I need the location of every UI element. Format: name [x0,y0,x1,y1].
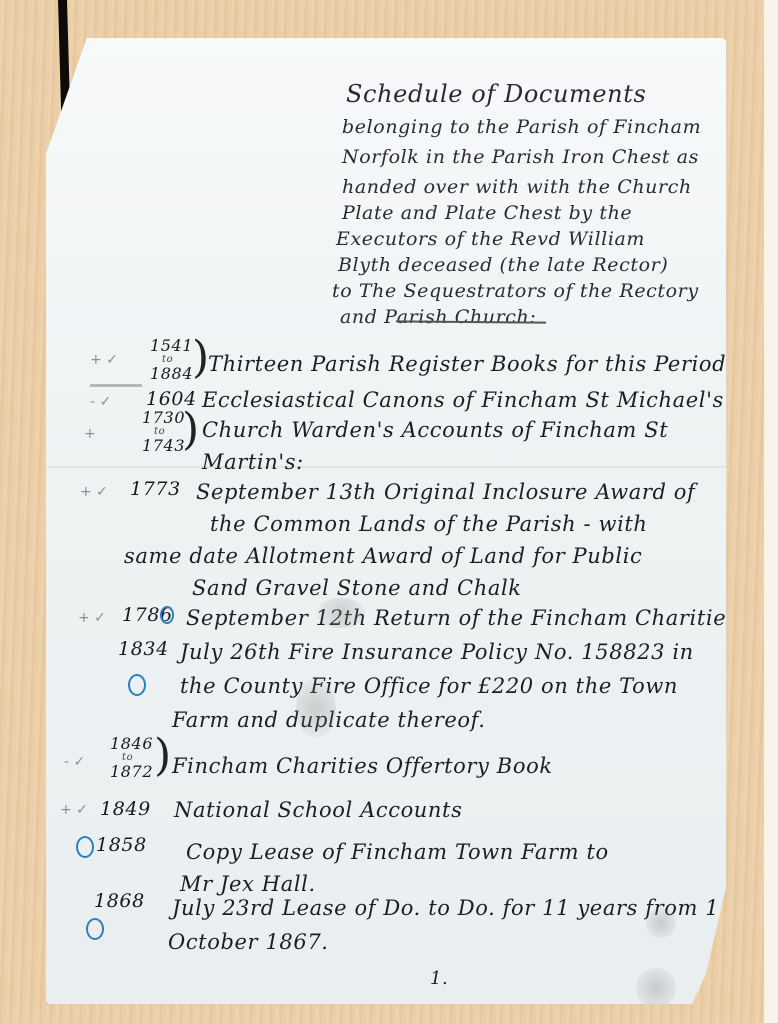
entry-text: Church Warden's Accounts of Fincham St [202,418,668,442]
title-line: Schedule of Documents [346,80,646,108]
entry-year-from: 1730 [142,408,185,427]
margin-check-mark: + ✓ [60,802,88,818]
title-line: Plate and Plate Chest by the [342,202,632,224]
pencil-smudge [296,678,336,738]
pencil-stroke [90,384,142,387]
entry-text: Martin's: [202,450,304,474]
entry-year: 1773 [130,478,181,500]
entry-year-to: 1872 [110,762,153,781]
brace: ) [154,734,172,778]
entry-text: July 26th Fire Insurance Policy No. 1588… [180,640,694,664]
entry-text: Fincham Charities Offertory Book [172,754,553,778]
entry-text: Thirteen Parish Register Books for this … [208,352,726,376]
brace: ) [182,408,200,452]
entry-text: Sand Gravel Stone and Chalk [192,576,522,600]
blue-pencil-circle [76,836,94,858]
title-line: Blyth deceased (the late Rector) [338,254,668,276]
entry-text: the Common Lands of the Parish - with [210,512,648,536]
entry-text: September 13th Original Inclosure Award … [196,480,695,504]
title-line: handed over with with the Church [342,176,692,198]
entry-year-to: 1884 [150,364,193,383]
blue-pencil-circle [160,606,174,624]
pencil-smudge [646,908,676,938]
entry-text: the County Fire Office for £220 on the T… [180,674,678,698]
margin-check-mark: + ✓ [90,352,118,368]
title-line: to The Sequestrators of the Rectory [332,280,699,302]
pencil-smudge [636,968,676,1008]
margin-check-mark: + ✓ [80,484,108,500]
entry-year-from: 1846 [110,734,153,753]
title-line: Norfolk in the Parish Iron Chest as [342,146,699,168]
entry-text: Ecclesiastical Canons of Fincham St Mich… [202,388,724,412]
margin-check-mark: - ✓ [90,394,111,410]
title-line: belonging to the Parish of Fincham [342,116,701,138]
entry-year-from: 1541 [150,336,193,355]
entry-year-to: 1743 [142,436,185,455]
margin-check-mark: + ✓ [78,610,106,626]
title-line: Executors of the Revd William [336,228,645,250]
title-line: and Parish Church: [340,306,536,328]
entry-text: same date Allotment Award of Land for Pu… [124,544,642,568]
entry-text: September 12th Return of the Fincham Cha… [186,606,738,630]
page-number: 1. [430,968,448,989]
entry-text: October 1867. [168,930,329,954]
entry-year: 1849 [100,798,151,820]
entry-year: 1858 [96,834,147,856]
entry-year: 1868 [94,890,145,912]
margin-check-mark: + [84,426,96,442]
entry-text: National School Accounts [174,798,462,822]
margin-check-mark: - ✓ [64,754,85,770]
entry-text: Mr Jex Hall. [180,872,316,896]
desk-edge [764,0,778,1023]
blue-pencil-circle [86,918,104,940]
entry-year: 1834 [118,638,169,660]
manuscript-page: Schedule of Documents belonging to the P… [46,38,726,1004]
blue-pencil-circle [128,674,146,696]
pencil-smudge [316,598,366,628]
paper-fold [46,466,726,468]
entry-text: Copy Lease of Fincham Town Farm to [186,840,609,864]
